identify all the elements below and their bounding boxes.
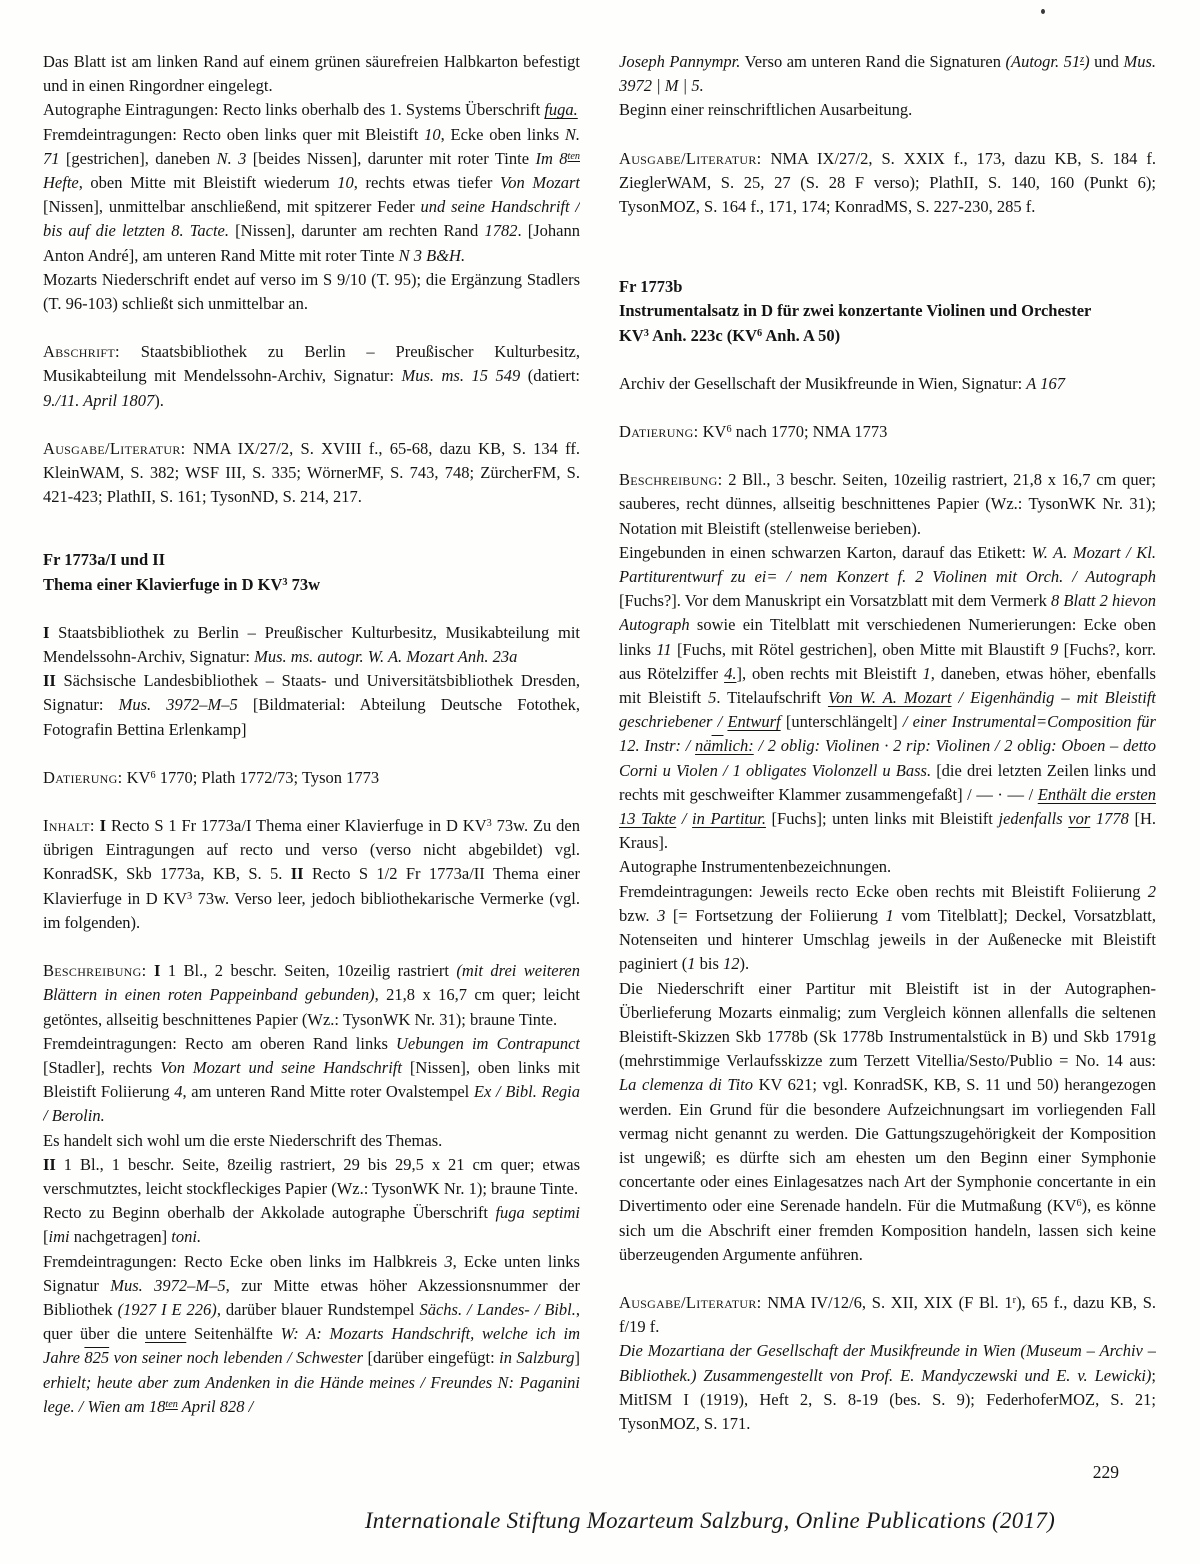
text-run: Von W. A. Mozart — [828, 688, 952, 707]
text-run: 3 — [644, 328, 649, 339]
para-ausgabe-literatur-2: Ausgabe/Literatur: NMA IX/27/2, S. XXIX … — [619, 147, 1156, 220]
para-quelle-I: I Staatsbibliothek zu Berlin – Preußisch… — [43, 621, 580, 669]
text-run: N 3 B&H. — [399, 246, 465, 265]
text-run: 1 — [885, 906, 893, 925]
heading-fr-1773b-kv: KV3 Anh. 223c (KV6 Anh. A 50) — [619, 324, 1156, 348]
text-run: Ausgabe/Literatur: — [619, 1293, 762, 1312]
text-run: (datiert: — [520, 366, 580, 385]
para-beschreibung-II: II 1 Bl., 1 beschr. Seite, 8zeilig rastr… — [43, 1153, 580, 1201]
text-run: , Ecke oben links — [441, 125, 565, 144]
text-run: Fr 1773a/I und II — [43, 550, 165, 569]
text-run: Das Blatt ist am linken Rand auf einem g… — [43, 52, 580, 95]
text-run — [147, 961, 154, 980]
text-run: Uebungen im Contrapunct — [396, 1034, 580, 1053]
text-run: Eingebunden in einen schwarzen Karton, d… — [619, 543, 1031, 562]
text-run: fuga. — [544, 100, 577, 119]
text-run: 11 — [656, 640, 671, 659]
text-run: 1 — [923, 664, 931, 683]
footer-publication-line: Internationale Stiftung Mozarteum Salzbu… — [220, 1508, 1200, 1534]
text-run: ten — [165, 1399, 177, 1410]
text-run: imi — [49, 1227, 70, 1246]
para-ausgabe-literatur-3: Ausgabe/Literatur: NMA IV/12/6, S. XII, … — [619, 1291, 1156, 1339]
text-run: Mus. ms. autogr. W. A. Mozart Anh. 23a — [254, 647, 517, 666]
para-fremdeintragungen-II: Fremdeintragungen: Recto Ecke oben links… — [43, 1250, 580, 1419]
text-run: 9./11. April 1807 — [43, 391, 154, 410]
text-run: z — [1080, 54, 1084, 65]
text-run: Fremdeintragungen: Jeweils recto Ecke ob… — [619, 882, 1148, 901]
text-run: Instrumentalsatz in D für zwei konzertan… — [619, 301, 1091, 320]
text-run: nä — [695, 736, 712, 755]
para-datierung-1773b: Datierung: KV6 nach 1770; NMA 1773 — [619, 420, 1156, 444]
para-quelle-II: II Sächsische Landesbibliothek – Staats-… — [43, 669, 580, 742]
text-run: von seiner noch lebenden / Schwester — [109, 1348, 363, 1367]
text-run: Datierung: — [619, 422, 699, 441]
heading-fr-1773b-number: Fr 1773b — [619, 275, 1156, 299]
text-run: ). — [740, 954, 750, 973]
text-run: Fremdeintragungen: Recto oben links quer… — [43, 125, 424, 144]
text-run: Verso am unteren Rand die Signaturen — [740, 52, 1005, 71]
text-run: 3 — [187, 891, 192, 902]
text-run: , oben Mitte mit Bleistift wiederum — [79, 173, 338, 192]
text-run: 10 — [424, 125, 441, 144]
right-text-column: Joseph Pannympr. Verso am unteren Rand d… — [619, 50, 1156, 1436]
para-fremdeintragungen-1773a: Fremdeintragungen: Recto oben links quer… — [43, 123, 580, 268]
text-run: Abschrift: — [43, 342, 120, 361]
para-fremdeintragungen-1773b: Fremdeintragungen: Jeweils recto Ecke ob… — [619, 880, 1156, 977]
text-run: Fremdeintragungen: Recto Ecke oben links… — [43, 1252, 444, 1271]
text-run: Joseph Pannympr. — [619, 52, 740, 71]
text-run: untere — [145, 1324, 186, 1343]
text-run: 3 — [282, 577, 287, 588]
text-run: 1770; Plath 1772/73; Tyson 1773 — [156, 768, 380, 787]
para-halbkarton: Das Blatt ist am linken Rand auf einem g… — [43, 50, 580, 98]
text-run: KV — [123, 768, 151, 787]
text-run: . Titelaufschrift — [716, 688, 828, 707]
text-run: [gestrichen], daneben — [60, 149, 217, 168]
text-run: Sächs. / Landes- / Bibl. — [419, 1300, 575, 1319]
text-run: [= Fortsetzung der Foliierung — [665, 906, 885, 925]
text-run: 12 — [723, 954, 740, 973]
text-run: [Stadler], rechts — [43, 1058, 160, 1077]
text-run: erhielt; heute aber zum Andenken in die … — [43, 1373, 580, 1416]
para-abschrift: Abschrift: Staatsbibliothek zu Berlin – … — [43, 340, 580, 413]
text-run: La clemenza di Tito — [619, 1075, 753, 1094]
text-run: vor — [1068, 809, 1090, 828]
para-autographe-eintragungen: Autographe Eintragungen: Recto links obe… — [43, 98, 580, 122]
text-run: Ausgabe/Literatur: — [619, 149, 762, 168]
text-run: toni. — [171, 1227, 201, 1246]
ink-speck — [1041, 9, 1045, 14]
text-run: Archiv der Gesellschaft der Musikfreunde… — [619, 374, 1026, 393]
text-run: Fr 1773b — [619, 277, 682, 296]
text-run: Recto S 1 Fr 1773a/I Thema einer Klavier… — [106, 816, 487, 835]
text-run: 1 — [687, 954, 695, 973]
text-run: 1 Bl., 1 beschr. Seite, 8zeilig rastrier… — [43, 1155, 580, 1198]
text-run: ten — [568, 151, 580, 162]
left-text-column: Das Blatt ist am linken Rand auf einem g… — [43, 50, 580, 1419]
text-run: KV 621; vgl. KonradSK, KB, S. 11 und 50)… — [619, 1075, 1156, 1215]
text-run: Autographe Instrumentenbezeichnungen. — [619, 857, 891, 876]
para-fremdeintragungen-I: Fremdeintragungen: Recto am oberen Rand … — [43, 1032, 580, 1129]
text-run: II — [43, 671, 56, 690]
text-run: Mus. 3972–M–5 — [119, 695, 238, 714]
text-run: 1782 — [484, 221, 517, 240]
para-niederschrift-ende: Mozarts Niederschrift endet auf verso im… — [43, 268, 580, 316]
text-run: Es handelt sich wohl um die erste Nieder… — [43, 1131, 442, 1150]
text-run: Seitenhälfte — [186, 1324, 280, 1343]
para-wuerdigung: Die Niederschrift einer Partitur mit Ble… — [619, 977, 1156, 1267]
para-recto-ueberschrift: Recto zu Beginn oberhalb der Akkolade au… — [43, 1201, 580, 1249]
text-run: Die Niederschrift einer Partitur mit Ble… — [619, 979, 1156, 1071]
text-run: , am unteren Rand Mitte roter Ovalstempe… — [182, 1082, 473, 1101]
text-run: April 828 / — [178, 1397, 253, 1416]
text-run: KV — [619, 326, 644, 345]
text-run: Datierung: — [43, 768, 123, 787]
para-ausgabe-literatur-1: Ausgabe/Literatur: NMA IX/27/2, S. XVIII… — [43, 437, 580, 510]
text-run: 6 — [726, 424, 731, 435]
text-run: 10 — [337, 173, 354, 192]
text-run: Hefte — [43, 173, 79, 192]
text-run: in Salzburg — [499, 1348, 574, 1367]
text-run: (Autogr. 51 — [1006, 52, 1081, 71]
text-run: Von Mozart und seine Handschrift — [160, 1058, 402, 1077]
text-run: [Nissen], darunter am rechten Rand — [229, 221, 484, 240]
text-run: m — [712, 736, 724, 755]
text-run: Beginn einer reinschriftlichen Ausarbeit… — [619, 100, 912, 119]
text-run: ], oben rechts mit Bleistift — [736, 664, 922, 683]
para-archiv: Archiv der Gesellschaft der Musikfreunde… — [619, 372, 1156, 396]
text-run: bzw. — [619, 906, 657, 925]
text-run: Fremdeintragungen: Recto am oberen Rand … — [43, 1034, 396, 1053]
text-run: (1927 I E 226) — [118, 1300, 217, 1319]
text-run: Inhalt: — [43, 816, 95, 835]
text-run: [unterschlängelt] — [781, 712, 903, 731]
text-run: II — [291, 864, 304, 883]
para-inhalt: Inhalt: I Recto S 1 Fr 1773a/I Thema ein… — [43, 814, 580, 935]
text-run: bis — [696, 954, 724, 973]
text-run: , darüber blauer Rundstempel — [217, 1300, 420, 1319]
heading-fr-1773a-title: Thema einer Klavierfuge in D KV3 73w — [43, 573, 580, 597]
para-eingebunden: Eingebunden in einen schwarzen Karton, d… — [619, 541, 1156, 856]
heading-fr-1773a-number: Fr 1773a/I und II — [43, 548, 580, 572]
text-run: 3 — [487, 818, 492, 829]
text-run: Beschreibung: — [619, 470, 723, 489]
text-run: nachgetragen] — [70, 1227, 172, 1246]
para-reinschrift: Beginn einer reinschriftlichen Ausarbeit… — [619, 98, 1156, 122]
text-run: Ausgabe/Literatur: — [43, 439, 186, 458]
text-run: Entwurf — [727, 712, 780, 731]
para-pannympr: Joseph Pannympr. Verso am unteren Rand d… — [619, 50, 1156, 98]
heading-fr-1773b-title: Instrumentalsatz in D für zwei konzertan… — [619, 299, 1156, 323]
text-run: 1778 — [1090, 809, 1129, 828]
text-run: Mozarts Niederschrift endet auf verso im… — [43, 270, 580, 313]
text-run: ). — [154, 391, 164, 410]
text-run: [beides Nissen], darunter mit roter Tint… — [246, 149, 535, 168]
text-run: ] — [575, 1348, 581, 1367]
text-run: in Partitur. — [692, 809, 766, 828]
text-run: [Fuchs?]. Vor dem Manuskript ein Vorsatz… — [619, 591, 1051, 610]
para-beschreibung-I: Beschreibung: I 1 Bl., 2 beschr. Seiten,… — [43, 959, 580, 1032]
text-run: jedenfalls — [998, 809, 1068, 828]
text-run: Recto zu Beginn oberhalb der Akkolade au… — [43, 1203, 495, 1222]
text-run: [Fuchs]; unten links mit Bleistift — [766, 809, 999, 828]
text-run: [Fuchs, mit Rötel gestrichen], oben Mitt… — [672, 640, 1050, 659]
text-run: Die Mozartiana der Gesellschaft der Musi… — [619, 1341, 1156, 1384]
text-run: II — [43, 1155, 56, 1174]
text-run: 3 — [444, 1252, 452, 1271]
text-run: / — [676, 809, 692, 828]
text-run: Anh. 223c (KV — [649, 326, 757, 345]
text-run: 6 — [757, 328, 762, 339]
text-run: NMA IV/12/6, S. XII, XIX (F Bl. 1 — [762, 1293, 1013, 1312]
para-datierung-1773a: Datierung: KV6 1770; Plath 1772/73; Tyso… — [43, 766, 580, 790]
text-run: 6 — [1076, 1198, 1081, 1209]
para-mozartiana: Die Mozartiana der Gesellschaft der Musi… — [619, 1339, 1156, 1436]
text-run: r — [1013, 1295, 1016, 1306]
text-run: [darüber eingefügt: — [363, 1348, 499, 1367]
text-run: Thema einer Klavierfuge in D KV — [43, 575, 282, 594]
para-beschreibung-1773b: Beschreibung: 2 Bll., 3 beschr. Seiten, … — [619, 468, 1156, 541]
para-instrumentenbezeichnungen: Autographe Instrumentenbezeichnungen. — [619, 855, 1156, 879]
text-run: Anh. A 50) — [762, 326, 840, 345]
text-run: KV — [699, 422, 727, 441]
text-run: Im 8 — [535, 149, 567, 168]
para-erste-niederschrift: Es handelt sich wohl um die erste Nieder… — [43, 1129, 580, 1153]
text-run: Beschreibung: — [43, 961, 147, 980]
text-run: 1 Bl., 2 beschr. Seiten, 10zeilig rastri… — [160, 961, 456, 980]
text-run: 4. — [724, 664, 736, 683]
text-run: 825 — [84, 1348, 109, 1367]
text-run: und — [1090, 52, 1124, 71]
text-run: 2 — [1148, 882, 1156, 901]
text-run: lich: — [723, 736, 753, 755]
text-run: fuga septimi — [495, 1203, 580, 1222]
text-run: A 167 — [1026, 374, 1065, 393]
text-run: Mus. 3972–M–5 — [110, 1276, 225, 1295]
text-run: 6 — [150, 770, 155, 781]
text-run: [Nissen], unmittelbar anschließend, mit … — [43, 197, 421, 216]
text-run: Von Mozart — [500, 173, 580, 192]
text-run: Mus. ms. 15 549 — [401, 366, 520, 385]
text-run: , rechts etwas tiefer — [354, 173, 500, 192]
text-run: N. 3 — [217, 149, 247, 168]
text-run: 73w — [288, 575, 321, 594]
text-run: nach 1770; NMA 1773 — [732, 422, 888, 441]
text-run: Autographe Eintragungen: Recto links obe… — [43, 100, 544, 119]
page-number: 229 — [619, 1462, 1119, 1483]
